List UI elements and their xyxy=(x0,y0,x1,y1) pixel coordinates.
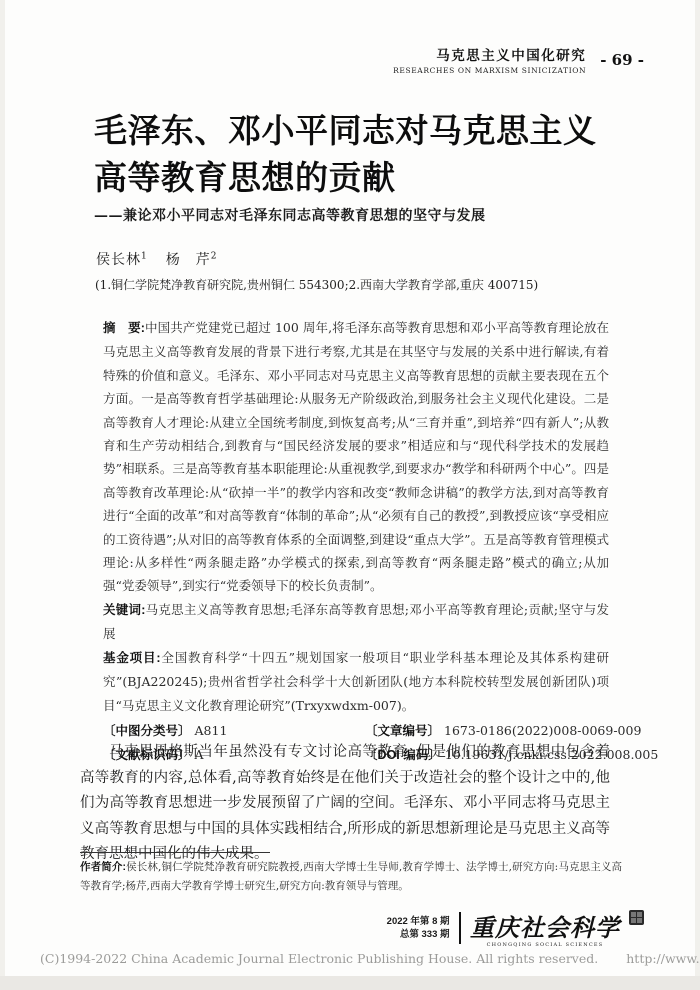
page-number: - 69 - xyxy=(600,51,644,69)
cnki-copyright: (C)1994-2022 China Academic Journal Elec… xyxy=(40,951,700,966)
journal-section-en: RESEARCHES ON MARXISM SINICIZATION xyxy=(393,66,586,75)
page-edge-right xyxy=(695,0,700,990)
issue-info: 2022 年第 8 期 总第 333 期 xyxy=(387,915,450,941)
journal-name-en: CHONGQING SOCIAL SCIENCES xyxy=(470,942,620,948)
author-bio-label: 作者简介: xyxy=(80,861,126,873)
author-1-name: 侯长林 xyxy=(96,252,141,268)
author-2-name: 杨 芹 xyxy=(166,252,211,268)
cnki-url: http://www.cnki.net xyxy=(626,951,700,966)
scanned-paper-page: 马克思主义中国化研究 RESEARCHES ON MARXISM SINICIZ… xyxy=(0,0,700,990)
author-2-affiliation-mark: 2 xyxy=(211,251,218,261)
clc-label: 〔中图分类号〕 xyxy=(103,724,191,738)
author-1-affiliation-mark: 1 xyxy=(141,251,148,261)
copyright-text: (C)1994-2022 China Academic Journal Elec… xyxy=(40,951,598,966)
running-header: 马克思主义中国化研究 RESEARCHES ON MARXISM SINICIZ… xyxy=(393,44,644,75)
journal-footer: 2022 年第 8 期 总第 333 期 重庆社会科学 CHONGQING SO… xyxy=(387,908,644,948)
abstract-label: 摘 要: xyxy=(103,321,145,335)
fund-paragraph: 基金项目:全国教育科学“十四五”规划国家一般项目“职业学科基本理论及其体系构建研… xyxy=(103,646,609,717)
journal-seal-icon xyxy=(629,910,644,925)
journal-section-cn: 马克思主义中国化研究 xyxy=(393,44,586,64)
clc-value: A811 xyxy=(195,723,228,738)
footnote-divider xyxy=(80,852,270,853)
article-id-value: 1673-0186(2022)008-0069-009 xyxy=(444,723,641,738)
keywords-text: 马克思主义高等教育思想;毛泽东高等教育思想;邓小平高等教育理论;贡献;坚守与发展 xyxy=(103,602,609,641)
article-id-label: 〔文章编号〕 xyxy=(365,724,440,738)
abstract-text: 中国共产党建党已超过 100 周年,将毛泽东高等教育思想和邓小平高等教育理论放在… xyxy=(103,320,609,593)
article-subtitle: ——兼论邓小平同志对毛泽东同志高等教育思想的坚守与发展 xyxy=(94,205,486,225)
affiliation-line: (1.铜仁学院梵净教育研究院,贵州铜仁 554300;2.西南大学教育学部,重庆… xyxy=(95,276,538,293)
keywords-label: 关键词: xyxy=(103,603,145,617)
journal-section-titles: 马克思主义中国化研究 RESEARCHES ON MARXISM SINICIZ… xyxy=(393,44,586,75)
author-line: 侯长林1杨 芹2 xyxy=(96,249,217,269)
abstract-paragraph: 摘 要:中国共产党建党已超过 100 周年,将毛泽东高等教育思想和邓小平高等教育… xyxy=(103,316,609,598)
fund-text: 全国教育科学“十四五”规划国家一般项目“职业学科基本理论及其体系构建研究”(BJ… xyxy=(103,650,609,713)
issue-year-number: 2022 年第 8 期 xyxy=(387,915,450,928)
author-bio: 作者简介:侯长林,铜仁学院梵净教育研究院教授,西南大学博士生导师,教育学博士、法… xyxy=(80,858,622,896)
fund-label: 基金项目: xyxy=(103,651,161,665)
issue-total-number: 总第 333 期 xyxy=(387,928,450,941)
body-paragraph: 马克思恩格斯当年虽然没有专文讨论高等教育, 但是他们的教育思想中包含着高等教育的… xyxy=(80,740,610,868)
journal-divider xyxy=(459,912,462,944)
page-edge-bottom xyxy=(0,976,700,990)
journal-name-block: 重庆社会科学 CHONGQING SOCIAL SCIENCES xyxy=(470,908,620,948)
front-matter: 摘 要:中国共产党建党已超过 100 周年,将毛泽东高等教育思想和邓小平高等教育… xyxy=(103,316,609,768)
author-bio-text: 侯长林,铜仁学院梵净教育研究院教授,西南大学博士生导师,教育学博士、法学博士,研… xyxy=(80,861,622,892)
journal-name: 重庆社会科学 xyxy=(470,908,620,943)
keywords-paragraph: 关键词:马克思主义高等教育思想;毛泽东高等教育思想;邓小平高等教育理论;贡献;坚… xyxy=(103,598,609,646)
article-title: 毛泽东、邓小平同志对马克思主义高等教育思想的贡献 xyxy=(94,108,624,202)
page-edge-left xyxy=(0,0,5,990)
